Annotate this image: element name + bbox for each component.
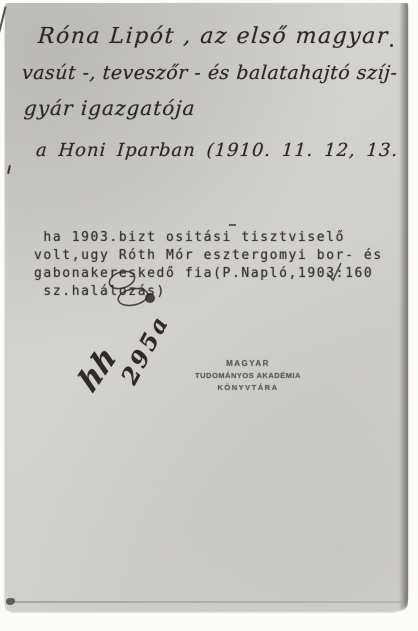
paper-grain-texture xyxy=(5,3,408,611)
stamp-line3: KÖNYVTÁRA xyxy=(183,382,313,394)
typewritten-line2: volt,ugy Róth Mór esztergomyi bor- és xyxy=(34,247,404,265)
typewritten-line3: gabonakereskedő fia(P.Napló,1903:160 xyxy=(34,265,404,283)
typewritten-line4: sz.halálozás) xyxy=(34,283,404,301)
handwritten-title-line3: gyár igazgatója xyxy=(23,96,196,120)
typewritten-note: ha 1903.bizt ositási tisztviselő volt,ug… xyxy=(34,229,404,301)
paper-card xyxy=(5,3,408,611)
card-bottom-shadow xyxy=(13,601,402,603)
stamp-line2: TUDOMÁNYOS AKADÉMIA xyxy=(183,370,313,382)
card-edge-shadow xyxy=(399,3,408,611)
handwritten-title-line2: vasút -, teveszőr - és balatahajtó szíj- xyxy=(21,62,398,84)
handwritten-title-line1: Róna Lipót , az első magyar xyxy=(37,24,390,49)
stamp-line1: MAGYAR xyxy=(183,358,313,370)
typewritten-line1: ha 1903.bizt ositási tisztviselő xyxy=(34,229,404,247)
handwritten-source-line: a Honi Iparban (1910. 11. 12, 13. xyxy=(35,140,399,161)
library-stamp: MAGYAR TUDOMÁNYOS AKADÉMIA KÖNYVTÁRA xyxy=(183,358,313,394)
scanned-index-card: Róna Lipót , az első magyar vasút -, tev… xyxy=(0,0,418,631)
